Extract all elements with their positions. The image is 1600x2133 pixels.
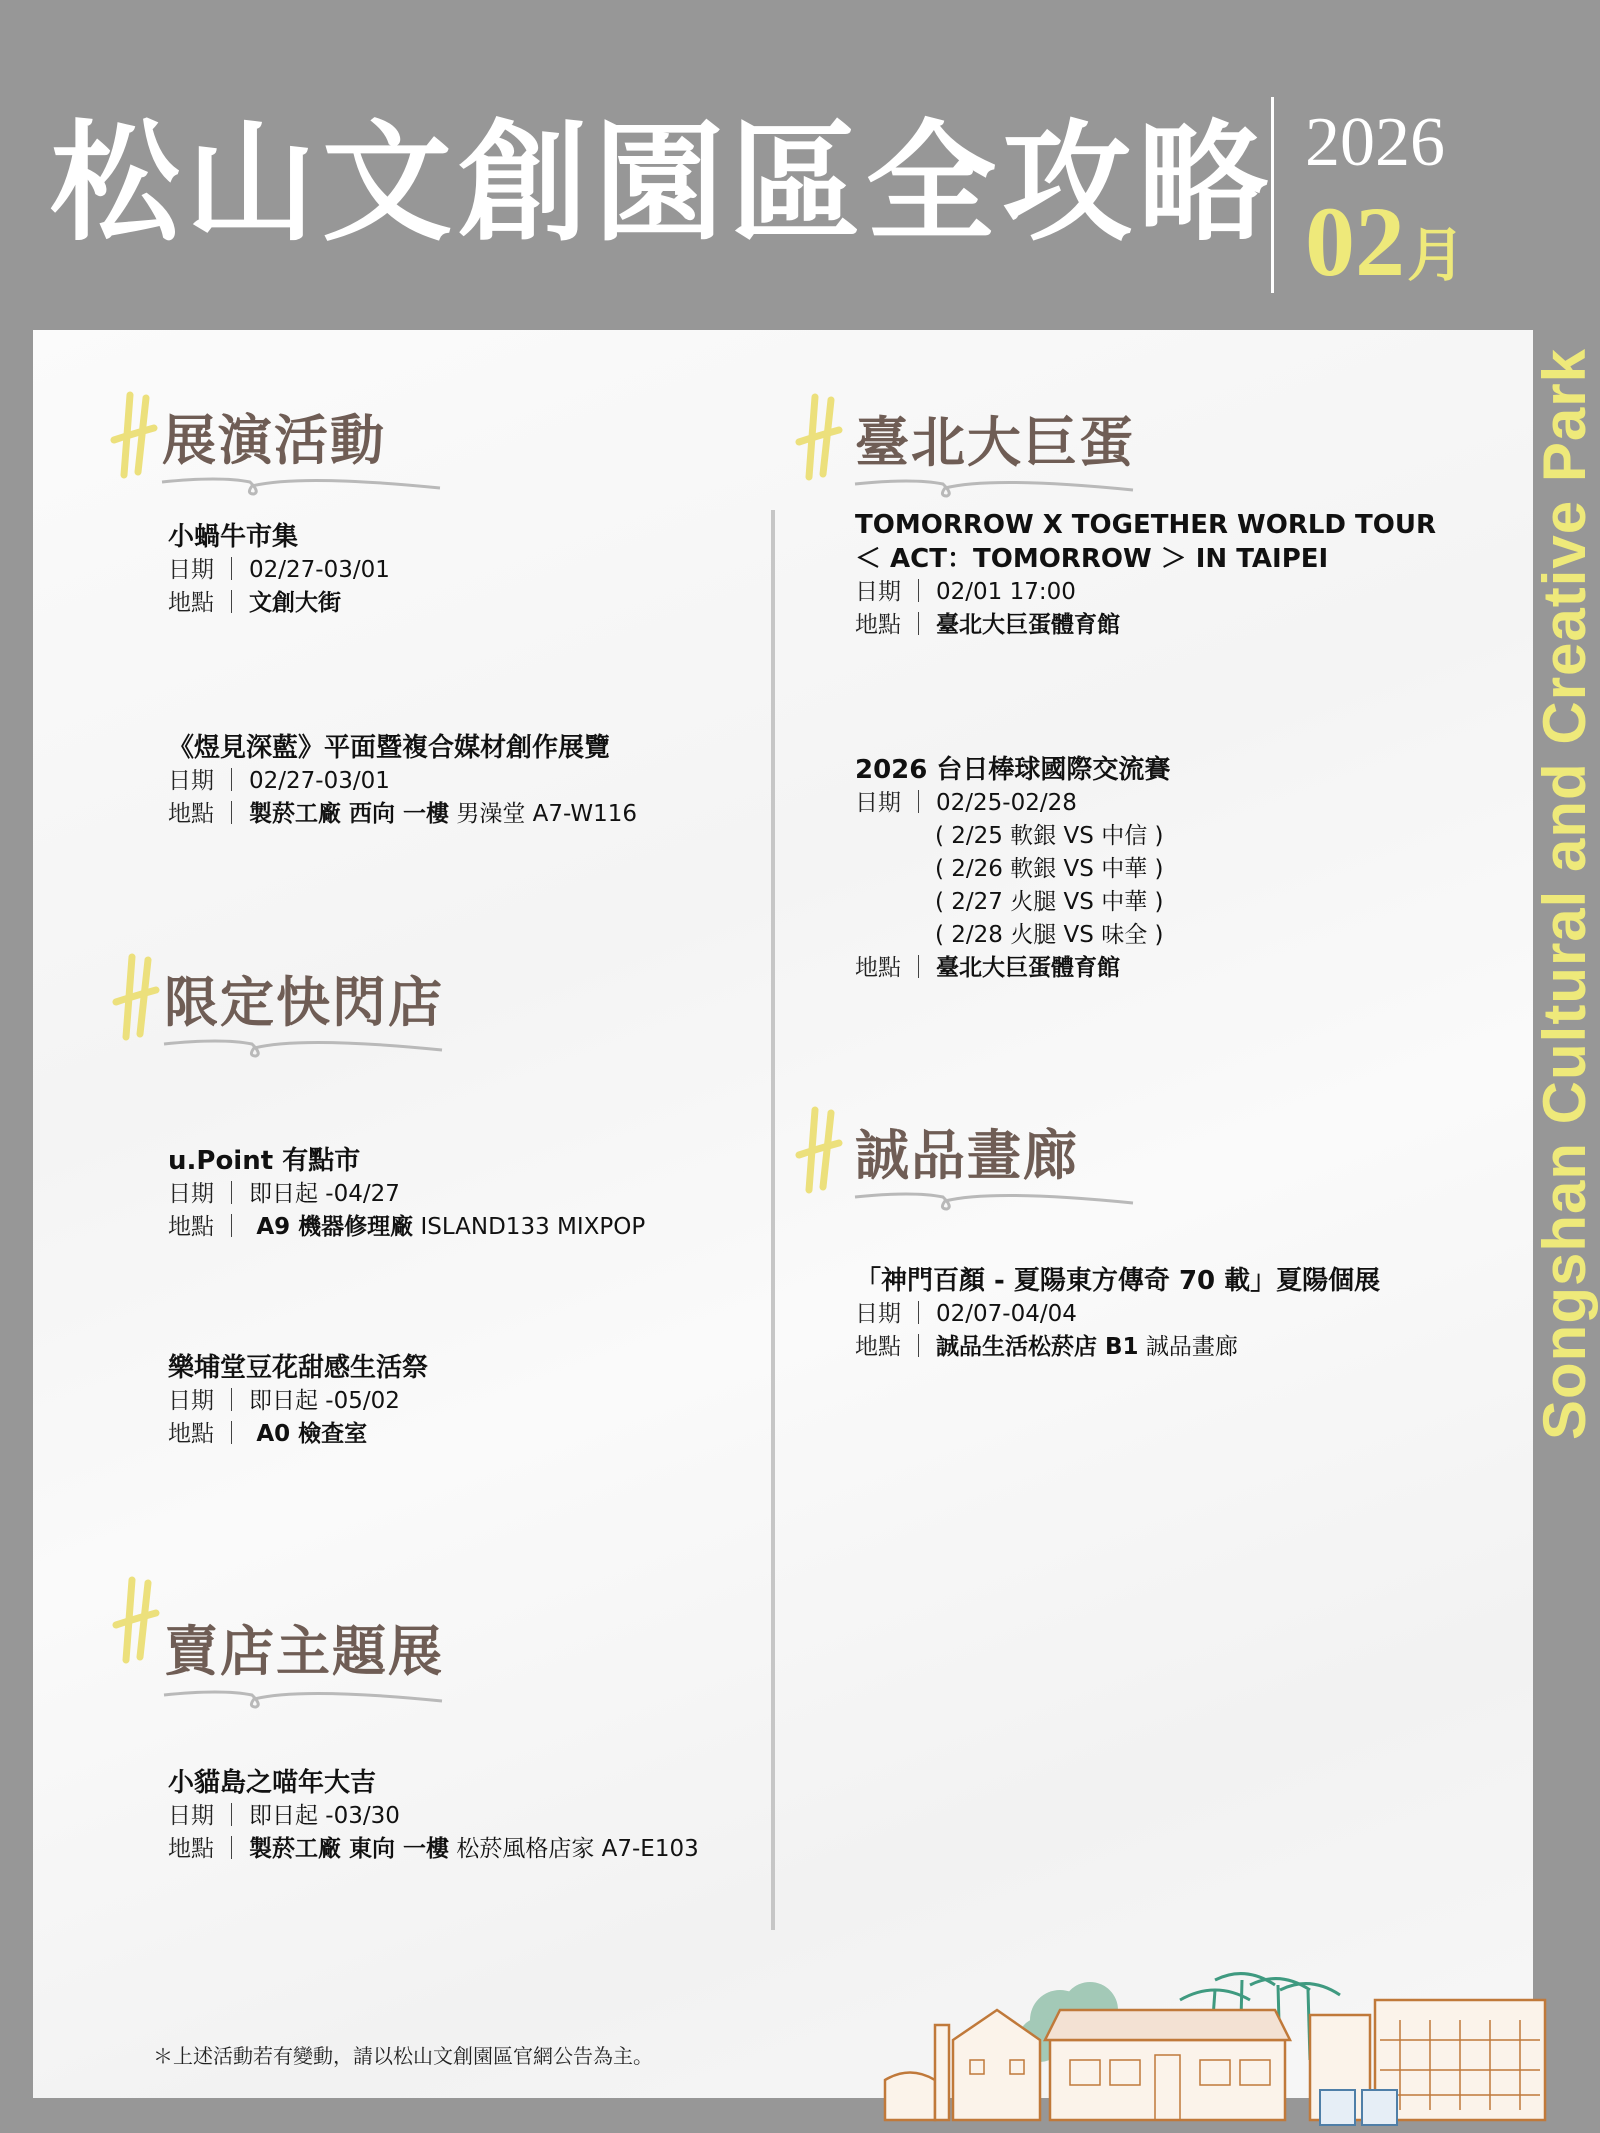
header: 松山文創園區全攻略 2026 02月 (0, 0, 1600, 330)
event-title: 小蝸牛市集 (168, 520, 390, 554)
event-date: 日期｜即日起 -04/27 (168, 1178, 645, 1211)
event-title: 「神門百顏 - 夏陽東方傳奇 70 載」夏陽個展 (855, 1264, 1380, 1298)
month-unit: 月 (1407, 221, 1465, 289)
event-title: 2026 台日棒球國際交流賽 (855, 753, 1170, 787)
game-schedule: ( 2/27 火腿 VS 中華 ) (855, 886, 1170, 919)
squiggle-underline (162, 1034, 452, 1064)
event-date: 日期｜02/25-02/28 (855, 787, 1170, 820)
month: 02月 (1305, 192, 1465, 292)
section-title: 展演活動 (162, 398, 386, 475)
event-title: 《煜見深藍》平面暨複合媒材創作展覽 (168, 731, 637, 765)
squiggle-underline (162, 1685, 452, 1715)
hash-icon (112, 1575, 162, 1665)
event-item: 2026 台日棒球國際交流賽 日期｜02/25-02/28 ( 2/25 軟銀 … (855, 753, 1170, 985)
event-item: u.Point 有點市 日期｜即日起 -04/27 地點｜ A9 機器修理廠 I… (168, 1144, 645, 1244)
event-place: 地點｜臺北大巨蛋體育館 (855, 952, 1170, 985)
hash-icon (112, 952, 162, 1042)
event-item: 小貓島之喵年大吉 日期｜即日起 -03/30 地點｜製菸工廠 東向 一樓 松菸風… (168, 1766, 699, 1866)
page-title: 松山文創園區全攻略 (50, 118, 1274, 248)
game-schedule: ( 2/28 火腿 VS 味全 ) (855, 919, 1170, 952)
event-item: 「神門百顏 - 夏陽東方傳奇 70 載」夏陽個展 日期｜02/07-04/04 … (855, 1264, 1380, 1364)
game-schedule: ( 2/25 軟銀 VS 中信 ) (855, 820, 1170, 853)
event-date: 日期｜02/07-04/04 (855, 1298, 1380, 1331)
event-date: 日期｜02/27-03/01 (168, 554, 390, 587)
hash-icon (795, 1105, 845, 1195)
park-name-vertical: Songshan Cultural and Creative Park (1530, 348, 1599, 1440)
section-title: 限定快閃店 (164, 960, 444, 1037)
year: 2026 (1305, 108, 1445, 178)
footnote: ＊上述活動若有變動，請以松山文創園區官網公告為主。 (153, 2040, 653, 2069)
hash-icon (110, 390, 160, 480)
event-item: 樂埔堂豆花甜感生活祭 日期｜即日起 -05/02 地點｜ A0 檢查室 (168, 1351, 428, 1451)
event-title: u.Point 有點市 (168, 1144, 645, 1178)
event-place: 地點｜誠品生活松菸店 B1 誠品畫廊 (855, 1331, 1380, 1364)
event-date: 日期｜即日起 -05/02 (168, 1385, 428, 1418)
squiggle-underline (853, 474, 1143, 504)
event-place: 地點｜ A0 檢查室 (168, 1418, 428, 1451)
event-item: 小蝸牛市集 日期｜02/27-03/01 地點｜文創大街 (168, 520, 390, 620)
event-title: 小貓島之喵年大吉 (168, 1766, 699, 1800)
event-item: 《煜見深藍》平面暨複合媒材創作展覽 日期｜02/27-03/01 地點｜製菸工廠… (168, 731, 637, 831)
event-date: 日期｜02/27-03/01 (168, 765, 637, 798)
squiggle-underline (160, 472, 450, 502)
squiggle-underline (853, 1187, 1143, 1217)
section-title: 賣店主題展 (164, 1609, 444, 1686)
event-place: 地點｜製菸工廠 東向 一樓 松菸風格店家 A7-E103 (168, 1833, 699, 1866)
game-schedule: ( 2/26 軟銀 VS 中華 ) (855, 853, 1170, 886)
event-item: TOMORROW X TOGETHER WORLD TOUR ＜ ACT：TOM… (855, 508, 1436, 642)
event-date: 日期｜即日起 -03/30 (168, 1800, 699, 1833)
event-title: 樂埔堂豆花甜感生活祭 (168, 1351, 428, 1385)
event-title: TOMORROW X TOGETHER WORLD TOUR (855, 508, 1436, 542)
month-number: 02 (1305, 186, 1405, 297)
title-divider (1271, 97, 1274, 293)
park-buildings-illustration (880, 1940, 1570, 2130)
event-place: 地點｜文創大街 (168, 587, 390, 620)
event-title-line2: ＜ ACT：TOMORROW ＞ IN TAIPEI (855, 542, 1436, 576)
event-place: 地點｜臺北大巨蛋體育館 (855, 609, 1436, 642)
event-date: 日期｜02/01 17:00 (855, 576, 1436, 609)
event-place: 地點｜製菸工廠 西向 一樓 男澡堂 A7-W116 (168, 798, 637, 831)
column-divider (771, 510, 775, 1930)
hash-icon (795, 392, 845, 482)
section-title: 誠品畫廊 (855, 1113, 1079, 1190)
section-title: 臺北大巨蛋 (855, 400, 1135, 477)
event-place: 地點｜ A9 機器修理廠 ISLAND133 MIXPOP (168, 1211, 645, 1244)
